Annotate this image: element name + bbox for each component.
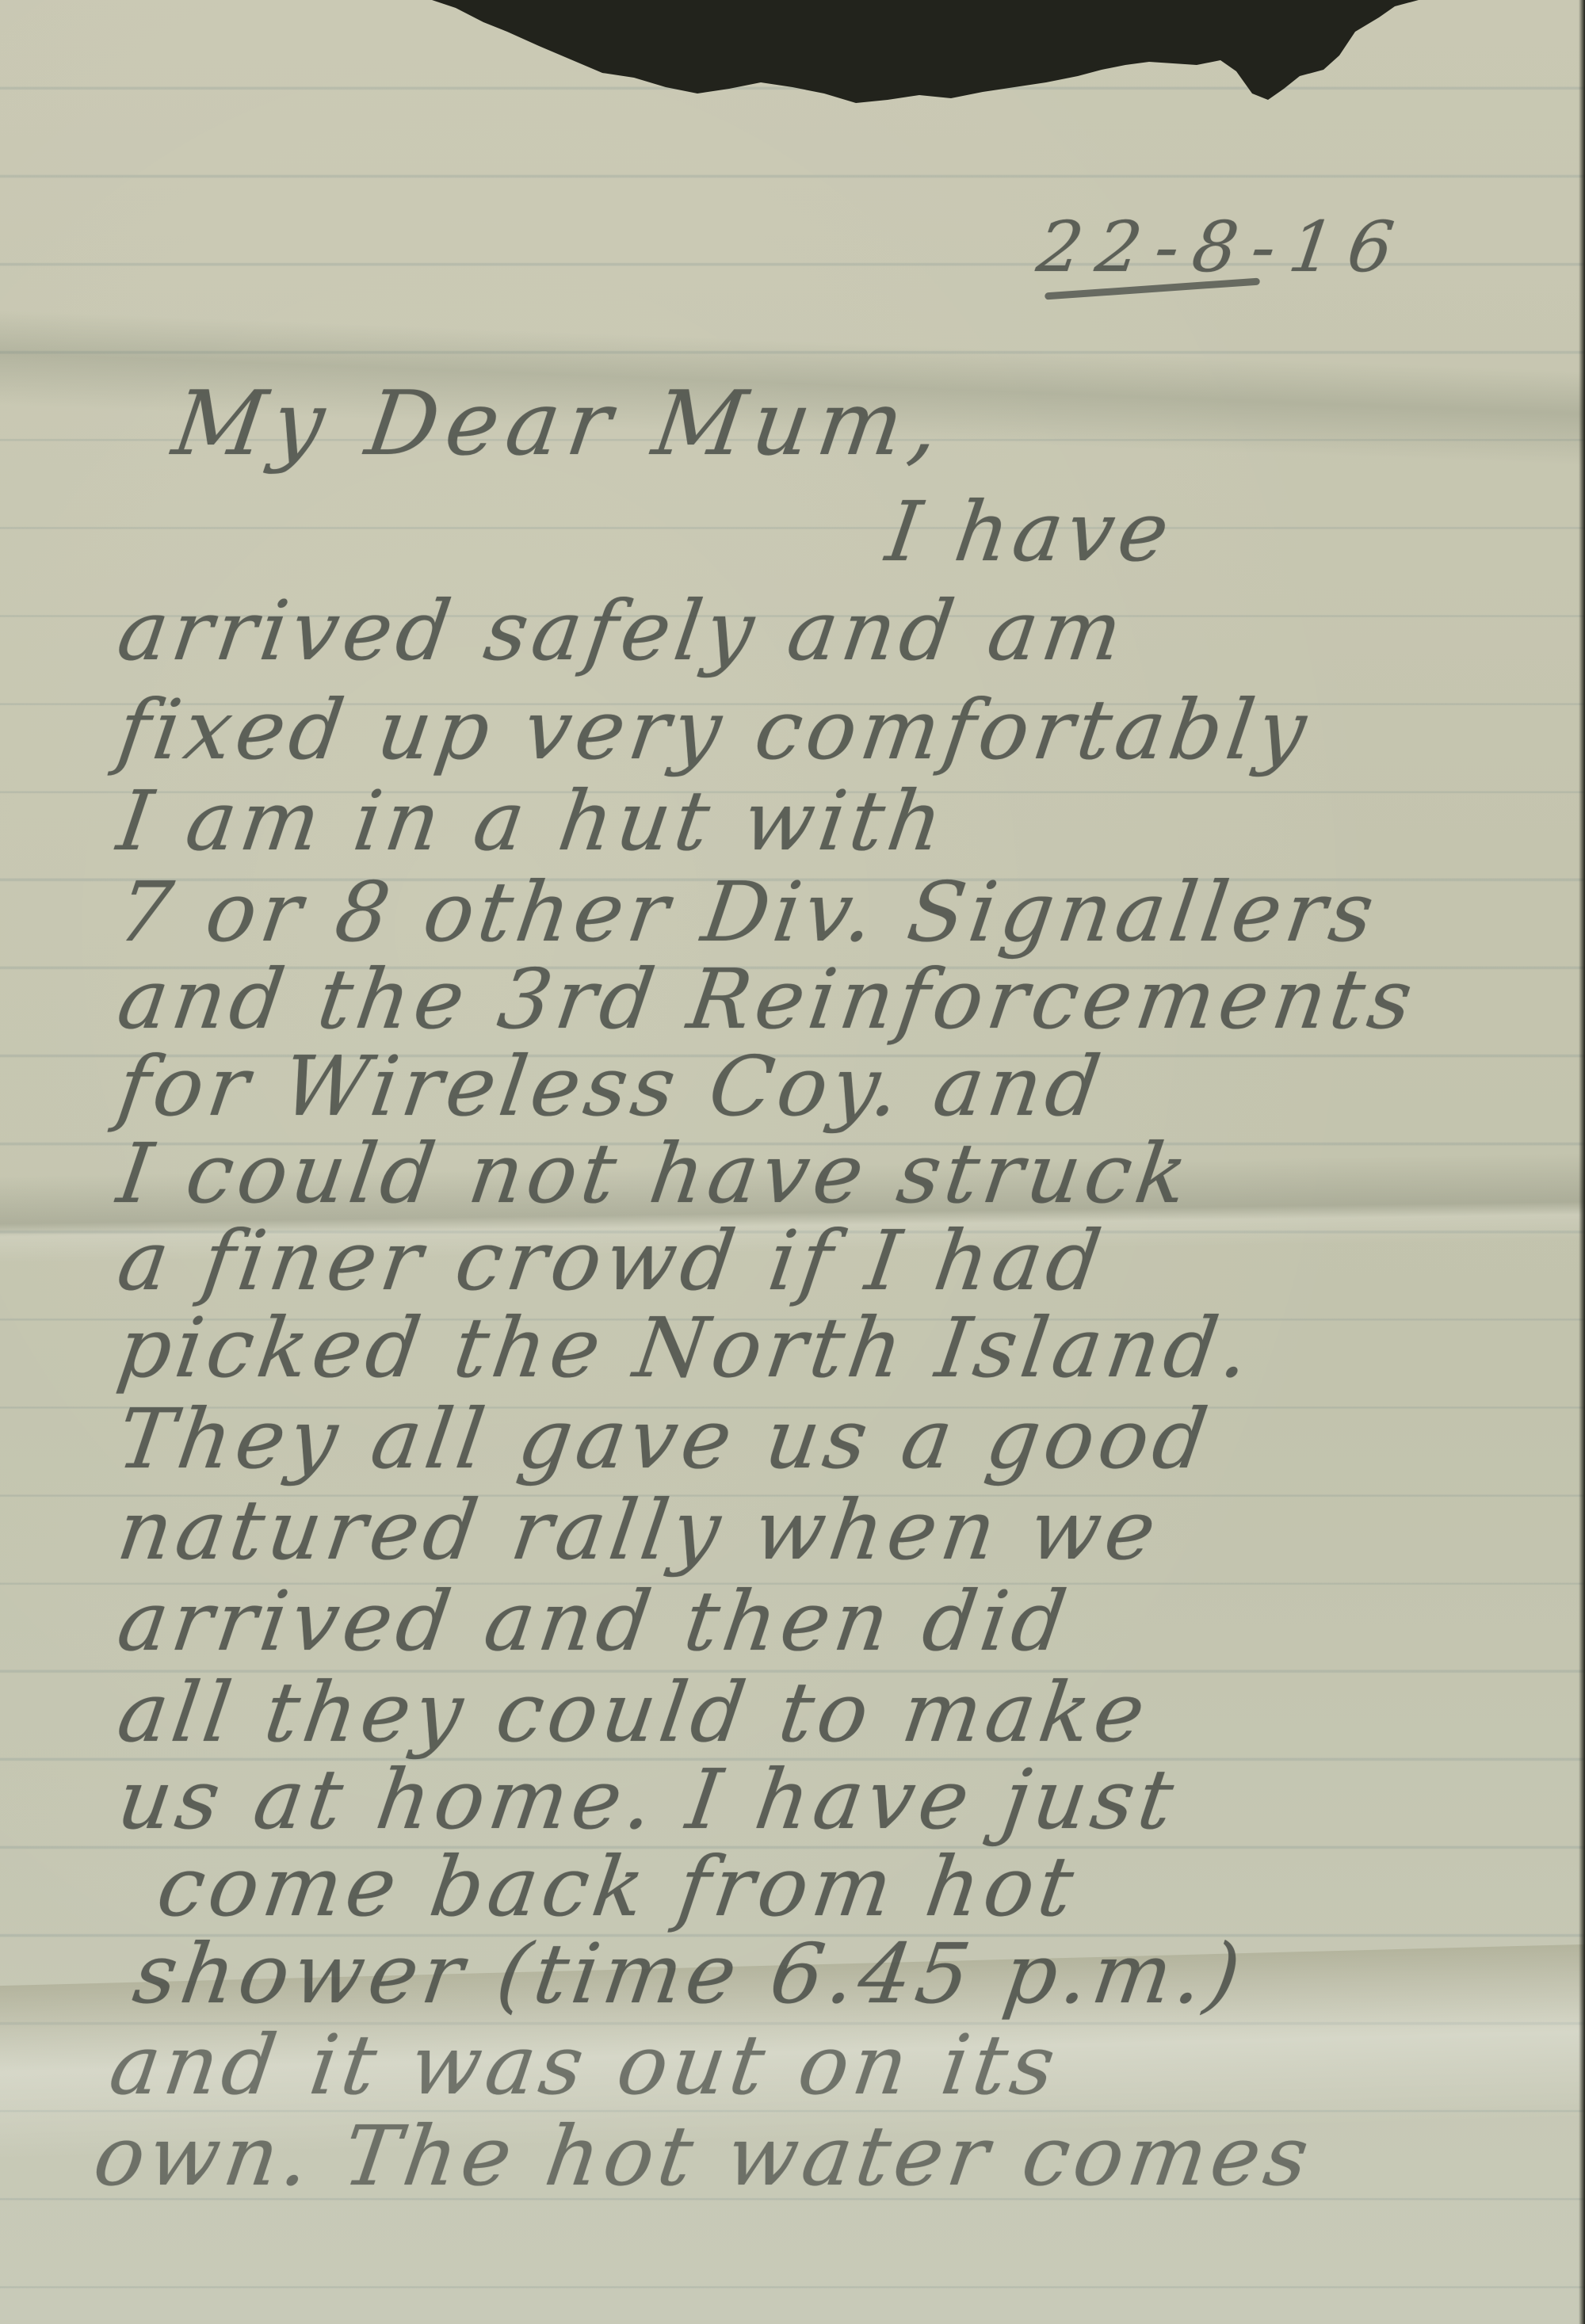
salutation: My Dear Mum, xyxy=(167,372,953,475)
letter-line: arrived safely and am xyxy=(112,582,1132,679)
letter-line: natured rally when we xyxy=(112,1482,1166,1578)
letter-line: fixed up very comfortably xyxy=(112,681,1316,778)
letter-line: arrived and then did xyxy=(112,1573,1076,1670)
letter-line: for Wireless Coy. and xyxy=(112,1038,1110,1135)
letter-line: come back from hot xyxy=(151,1838,1083,1935)
letter-page: 22-8-16 My Dear Mum, I have arrived safe… xyxy=(0,0,1585,2324)
letter-line: own. The hot water comes xyxy=(88,2108,1319,2204)
letter-line: and it was out on its xyxy=(104,2017,1065,2113)
letter-line: I am in a hut with xyxy=(112,773,953,869)
letter-line: shower (time 6.45 p.m.) xyxy=(128,1925,1251,2022)
letter-line: I have xyxy=(880,483,1179,580)
letter-line: and the 3rd Reinforcements xyxy=(112,951,1423,1048)
letter-line: They all gave us a good xyxy=(112,1391,1217,1487)
torn-top-edge xyxy=(0,0,1585,119)
letter-line: I could not have struck xyxy=(112,1125,1197,1222)
letter-line: a finer crowd if I had xyxy=(112,1212,1111,1309)
letter-line: us at home. I have just xyxy=(112,1751,1183,1848)
letter-date: 22-8-16 xyxy=(1033,206,1413,288)
letter-line: 7 or 8 other Div. Signallers xyxy=(112,864,1384,960)
letter-line: picked the North Island. xyxy=(112,1299,1259,1396)
letter-line: all they could to make xyxy=(112,1664,1155,1761)
page-edge xyxy=(1579,0,1585,2324)
